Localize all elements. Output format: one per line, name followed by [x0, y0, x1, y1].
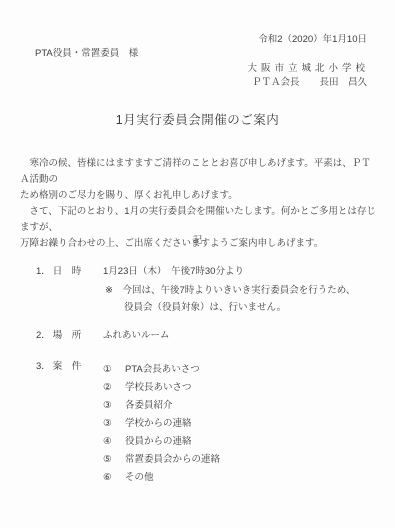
agenda-list: ①PTA会長あいさつ ②学校長あいさつ ③各委員紹介 ③学校からの連絡 ④役員か… [103, 361, 220, 487]
body-line: 寒冷の候、皆様にはますますご清祥のこととお喜び申しあげます。平素は、ＰＴＡ活動の [20, 156, 379, 188]
agenda-item-text: 学校からの連絡 [125, 418, 192, 429]
sender-name: 長田 昌久 [319, 77, 367, 88]
section-agenda: 3．案 件 ①PTA会長あいさつ ②学校長あいさつ ③各委員紹介 ③学校からの連… [36, 361, 220, 487]
note-line: 役員会（役員対象）は、行いません。 [105, 300, 355, 317]
page-title: 1月実行委員会開催のご案内 [0, 113, 395, 129]
agenda-item-text: その他 [125, 472, 154, 483]
letter-page: 令和2（2020）年1月10日 PTA役員・常置委員 様 大阪市立城北小学校 Ｐ… [0, 0, 395, 528]
sender-school: 大阪市立城北小学校 [247, 63, 369, 75]
body-line: さて、下記のとおり、1月の実行委員会を開催いたします。何かとご多用とは存じますが… [20, 204, 379, 236]
section-place-head: 2．場 所 [36, 330, 103, 342]
body-line: ため格別のご尽力を賜り、厚くお礼申しあげます。 [20, 188, 379, 204]
agenda-item: ⑤常置委員会からの連絡 [103, 451, 220, 469]
place-value: ふれあいルーム [103, 330, 170, 342]
agenda-item: ③各委員紹介 [103, 397, 220, 415]
issue-date: 令和2（2020）年1月10日 [258, 34, 367, 46]
agenda-item: ⑥その他 [103, 469, 220, 487]
datetime-notes: ※ 今回は、午後7時よりいきいき実行委員会を行うため、 役員会（役員対象）は、行… [105, 283, 355, 316]
agenda-item-number: ③ [103, 415, 125, 433]
agenda-item-text: PTA会長あいさつ [125, 364, 200, 375]
agenda-item: ①PTA会長あいさつ [103, 361, 220, 379]
section-label: 場 所 [53, 330, 82, 341]
section-datetime-head: 1．日 時 [36, 266, 103, 278]
section-number: 3． [36, 361, 51, 372]
agenda-item: ③学校からの連絡 [103, 415, 220, 433]
recipient: PTA役員・常置委員 様 [35, 48, 138, 60]
section-agenda-head: 3．案 件 [36, 361, 103, 487]
agenda-item-number: ⑥ [103, 469, 125, 487]
agenda-item-text: 常置委員会からの連絡 [125, 454, 220, 465]
section-place: 2．場 所 ふれあいルーム [36, 330, 170, 342]
note-line: ※ 今回は、午後7時よりいきいき実行委員会を行うため、 [105, 283, 355, 300]
section-number: 2． [36, 330, 51, 341]
section-label: 案 件 [53, 361, 82, 372]
datetime-value: 1月23日（木） 午後7時30分より [103, 266, 244, 278]
sender-title: ＰＴＡ会長 [252, 77, 300, 88]
agenda-item-text: 学校長あいさつ [125, 382, 192, 393]
agenda-item-number: ④ [103, 433, 125, 451]
section-datetime: 1．日 時 1月23日（木） 午後7時30分より [36, 266, 244, 278]
agenda-item: ②学校長あいさつ [103, 379, 220, 397]
record-marker: 記 [0, 235, 395, 247]
agenda-item: ④役員からの連絡 [103, 433, 220, 451]
agenda-item-number: ③ [103, 397, 125, 415]
agenda-item-number: ② [103, 379, 125, 397]
agenda-item-text: 各委員紹介 [125, 400, 173, 411]
agenda-item-number: ⑤ [103, 451, 125, 469]
agenda-item-text: 役員からの連絡 [125, 436, 192, 447]
section-label: 日 時 [53, 266, 82, 277]
agenda-item-number: ① [103, 361, 125, 379]
section-number: 1． [36, 266, 51, 277]
sender-line: ＰＴＡ会長長田 昌久 [252, 77, 367, 89]
